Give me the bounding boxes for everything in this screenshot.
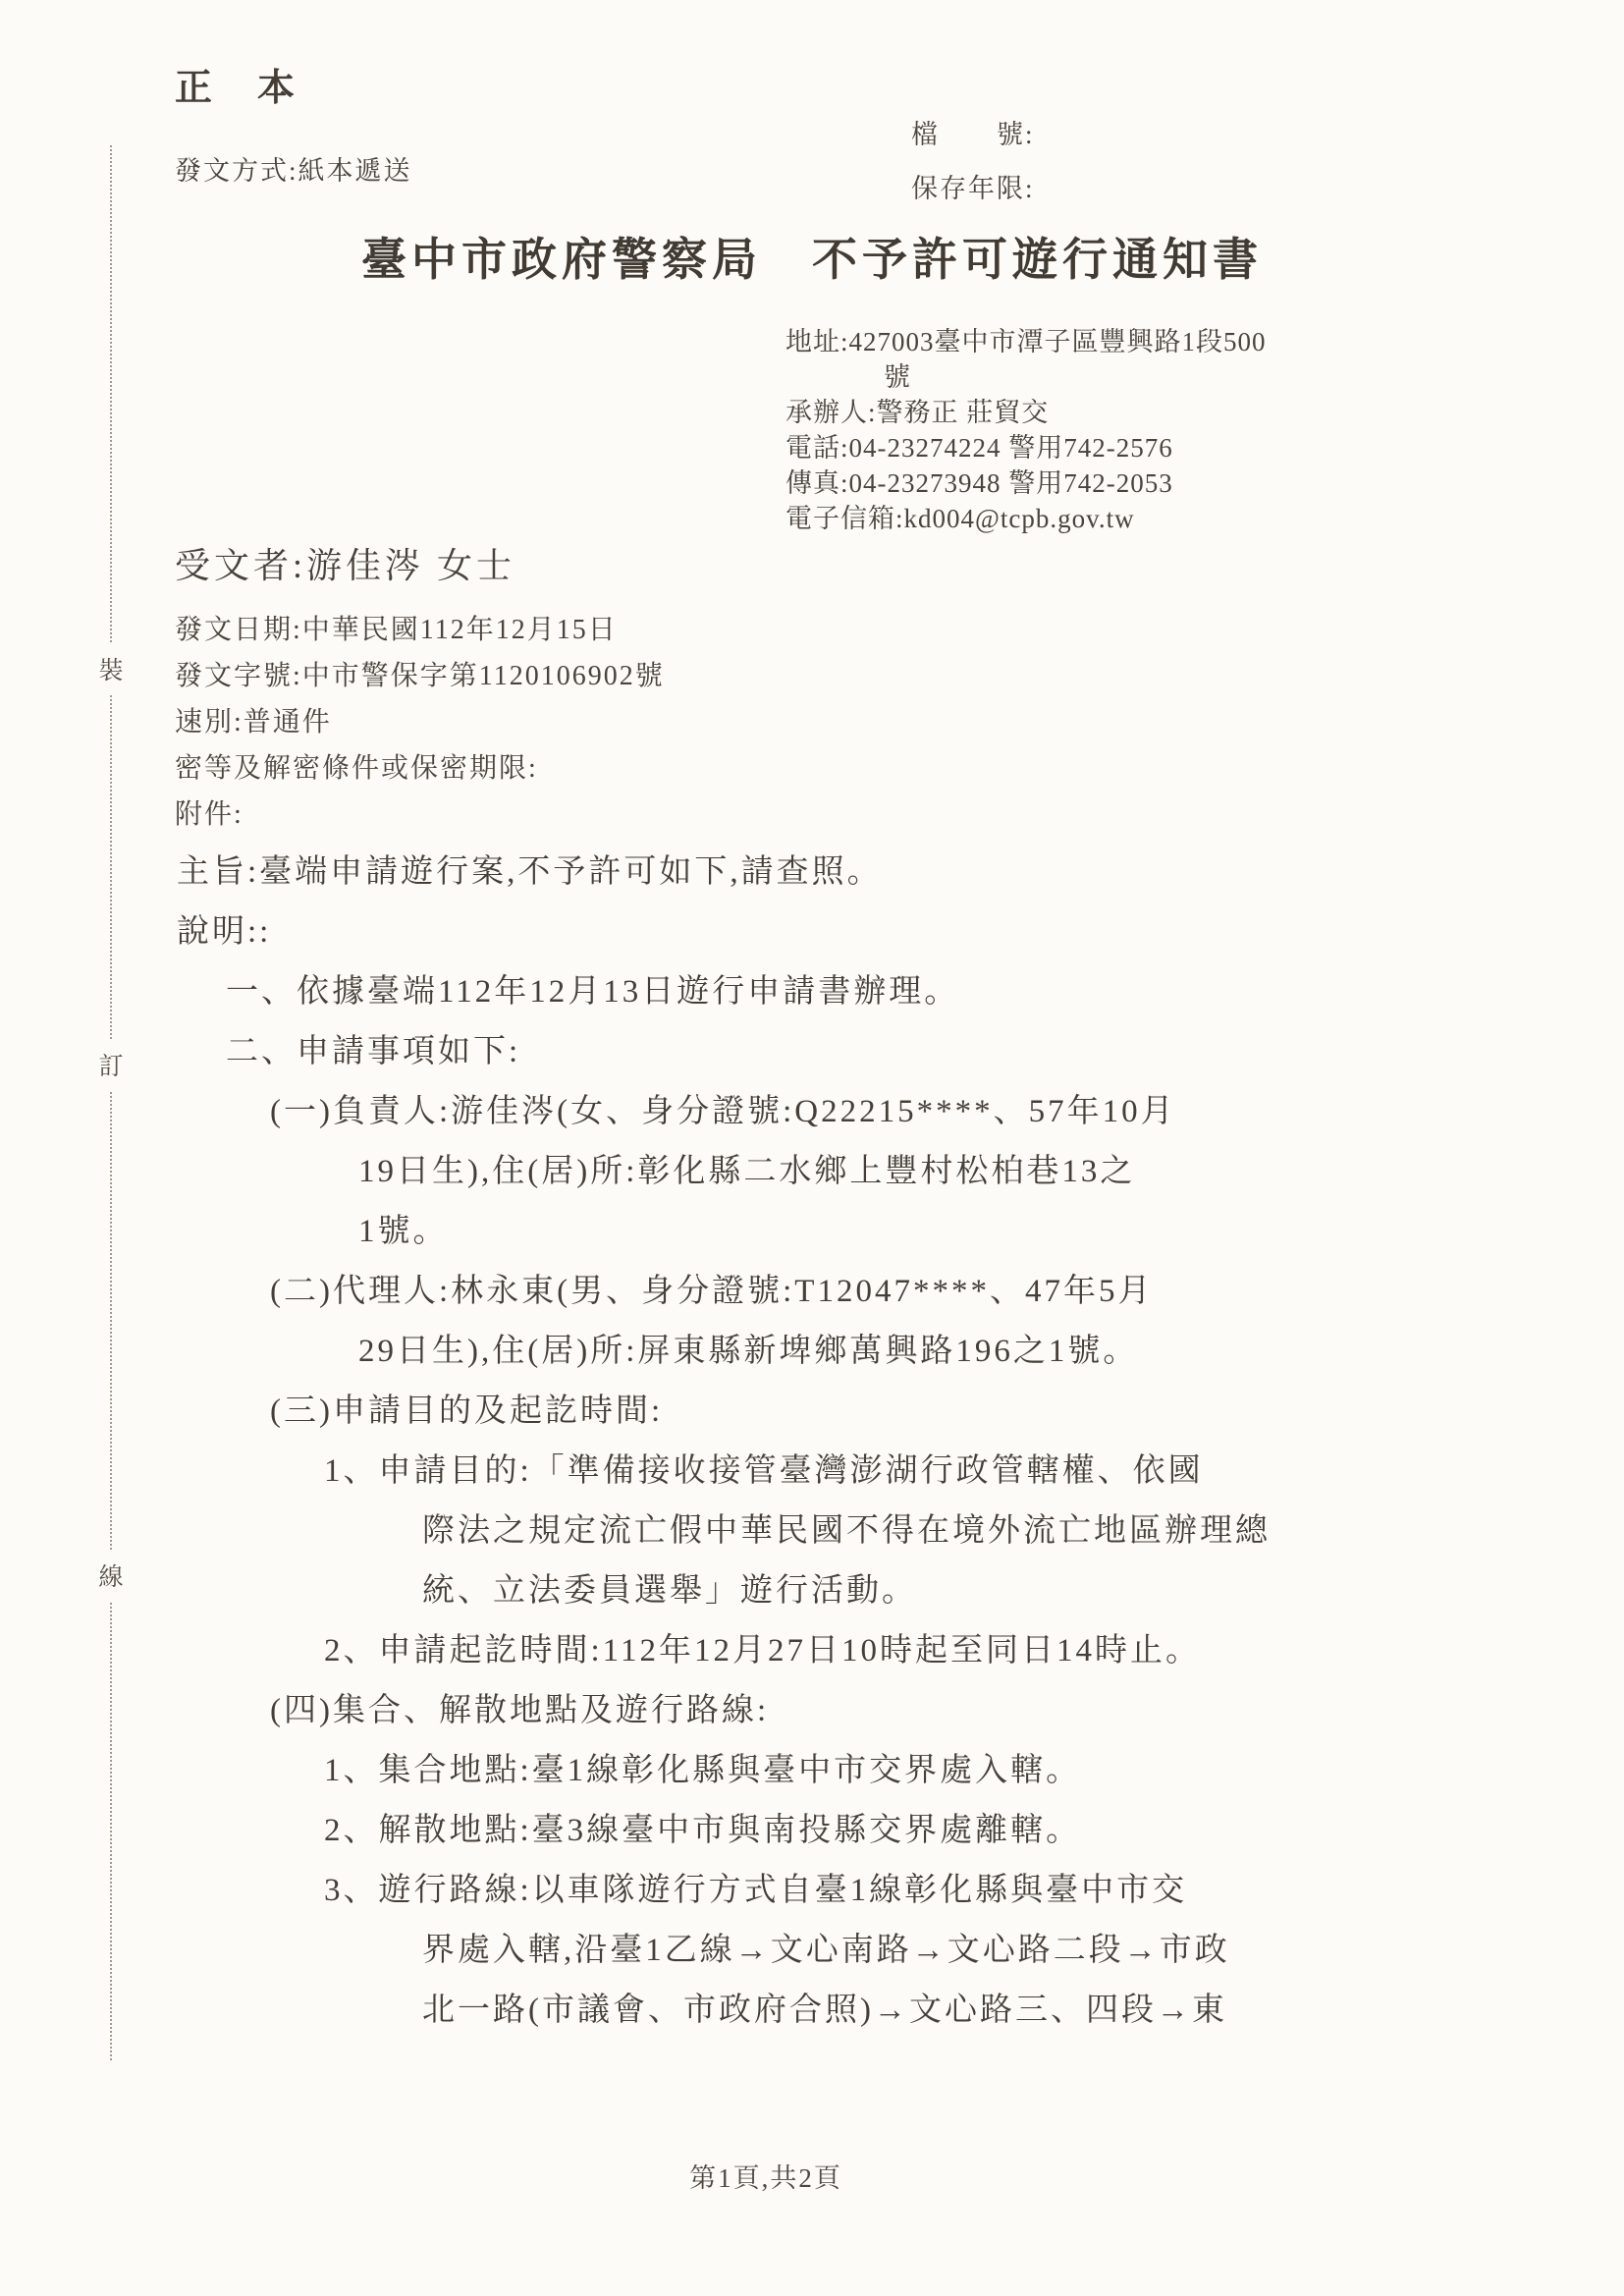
body-line: 統、立法委員選舉」遊行活動。 (422, 1561, 1483, 1621)
security-classification: 密等及解密條件或保密期限: (175, 745, 665, 792)
retention-period-label: 保存年限: (911, 162, 1035, 216)
subject-line: 主旨:臺端申請遊行案,不予許可如下,請查照。 (177, 843, 1483, 902)
body-line: 2、解散地點:臺3線臺中市與南投縣交界處離轄。 (324, 1801, 1483, 1861)
delivery-method: 發文方式:紙本遞送 (175, 149, 412, 188)
file-number-label: 檔 號: (911, 108, 1035, 162)
body-line: 1、申請目的:「準備接收接管臺灣澎湖行政管轄權、依國 (324, 1442, 1483, 1502)
agency-email: 電子信箱:kd004@tcpb.gov.tw (785, 501, 1267, 536)
explanation-label: 說明:: (177, 902, 1483, 962)
recipient-line: 受文者:游佳涔 女士 (175, 538, 515, 588)
body-line: 3、遊行路線:以車隊遊行方式自臺1線彰化縣與臺中市交 (324, 1861, 1483, 1921)
agency-officer: 承辦人:警務正 莊貿交 (785, 395, 1267, 430)
body-line: 界處入轄,沿臺1乙線→文心南路→文心路二段→市政 (422, 1921, 1483, 1981)
agency-phone: 電話:04-23274224 警用742-2576 (785, 430, 1267, 465)
body-line: 際法之規定流亡假中華民國不得在境外流亡地區辦理總 (422, 1502, 1483, 1561)
agency-address-line2: 號 (785, 359, 1267, 395)
document-meta-block: 發文日期:中華民國112年12月15日 發文字號:中市警保字第112010690… (175, 607, 665, 838)
document-body: 主旨:臺端申請遊行案,不予許可如下,請查照。 說明:: 一、依據臺端112年12… (177, 843, 1483, 2041)
body-line: 1、集合地點:臺1線彰化縣與臺中市交界處入轄。 (324, 1741, 1483, 1801)
document-page: 裝 訂 線 正 本 發文方式:紙本遞送 檔 號: 保存年限: 臺中市政府警察局 … (0, 0, 1624, 2296)
body-line: 29日生),住(居)所:屏東縣新埤鄉萬興路196之1號。 (358, 1322, 1483, 1382)
body-line: (二)代理人:林永東(男、身分證號:T12047****、47年5月 (270, 1262, 1483, 1322)
priority-level: 速別:普通件 (175, 699, 665, 745)
copy-type-label: 正 本 (175, 57, 298, 111)
document-title: 臺中市政府警察局 不予許可遊行通知書 (0, 224, 1624, 289)
binding-mark-xian: 線 (93, 1550, 129, 1601)
body-line: 19日生),住(居)所:彰化縣二水鄉上豐村松柏巷13之 (358, 1142, 1483, 1202)
doc-number: 發文字號:中市警保字第1120106902號 (175, 653, 665, 699)
body-line: (三)申請目的及起訖時間: (270, 1382, 1483, 1442)
body-line: 2、申請起訖時間:112年12月27日10時起至同日14時止。 (324, 1621, 1483, 1681)
agency-contact-block: 地址:427003臺中市潭子區豐興路1段500 號 承辦人:警務正 莊貿交 電話… (785, 324, 1267, 536)
agency-fax: 傳真:04-23273948 警用742-2053 (785, 465, 1267, 501)
body-line: 一、依據臺端112年12月13日遊行申請書辦理。 (226, 962, 1483, 1022)
binding-mark-ding: 訂 (93, 1039, 129, 1090)
attachments-label: 附件: (175, 792, 665, 838)
file-info-block: 檔 號: 保存年限: (911, 108, 1035, 216)
body-line: 北一路(市議會、市政府合照)→文心路三、四段→東 (422, 1981, 1483, 2041)
binding-mark-zhuang: 裝 (93, 643, 129, 694)
issue-date: 發文日期:中華民國112年12月15日 (175, 607, 665, 653)
body-line: 1號。 (358, 1202, 1483, 1262)
body-line: (一)負責人:游佳涔(女、身分證號:Q22215****、57年10月 (270, 1082, 1483, 1142)
binding-dotted-line (110, 145, 112, 2060)
body-line: 二、申請事項如下: (226, 1022, 1483, 1082)
body-line: (四)集合、解散地點及遊行路線: (270, 1681, 1483, 1741)
agency-address-line1: 地址:427003臺中市潭子區豐興路1段500 (785, 324, 1267, 359)
page-number-footer: 第1頁,共2頁 (0, 2157, 1532, 2195)
